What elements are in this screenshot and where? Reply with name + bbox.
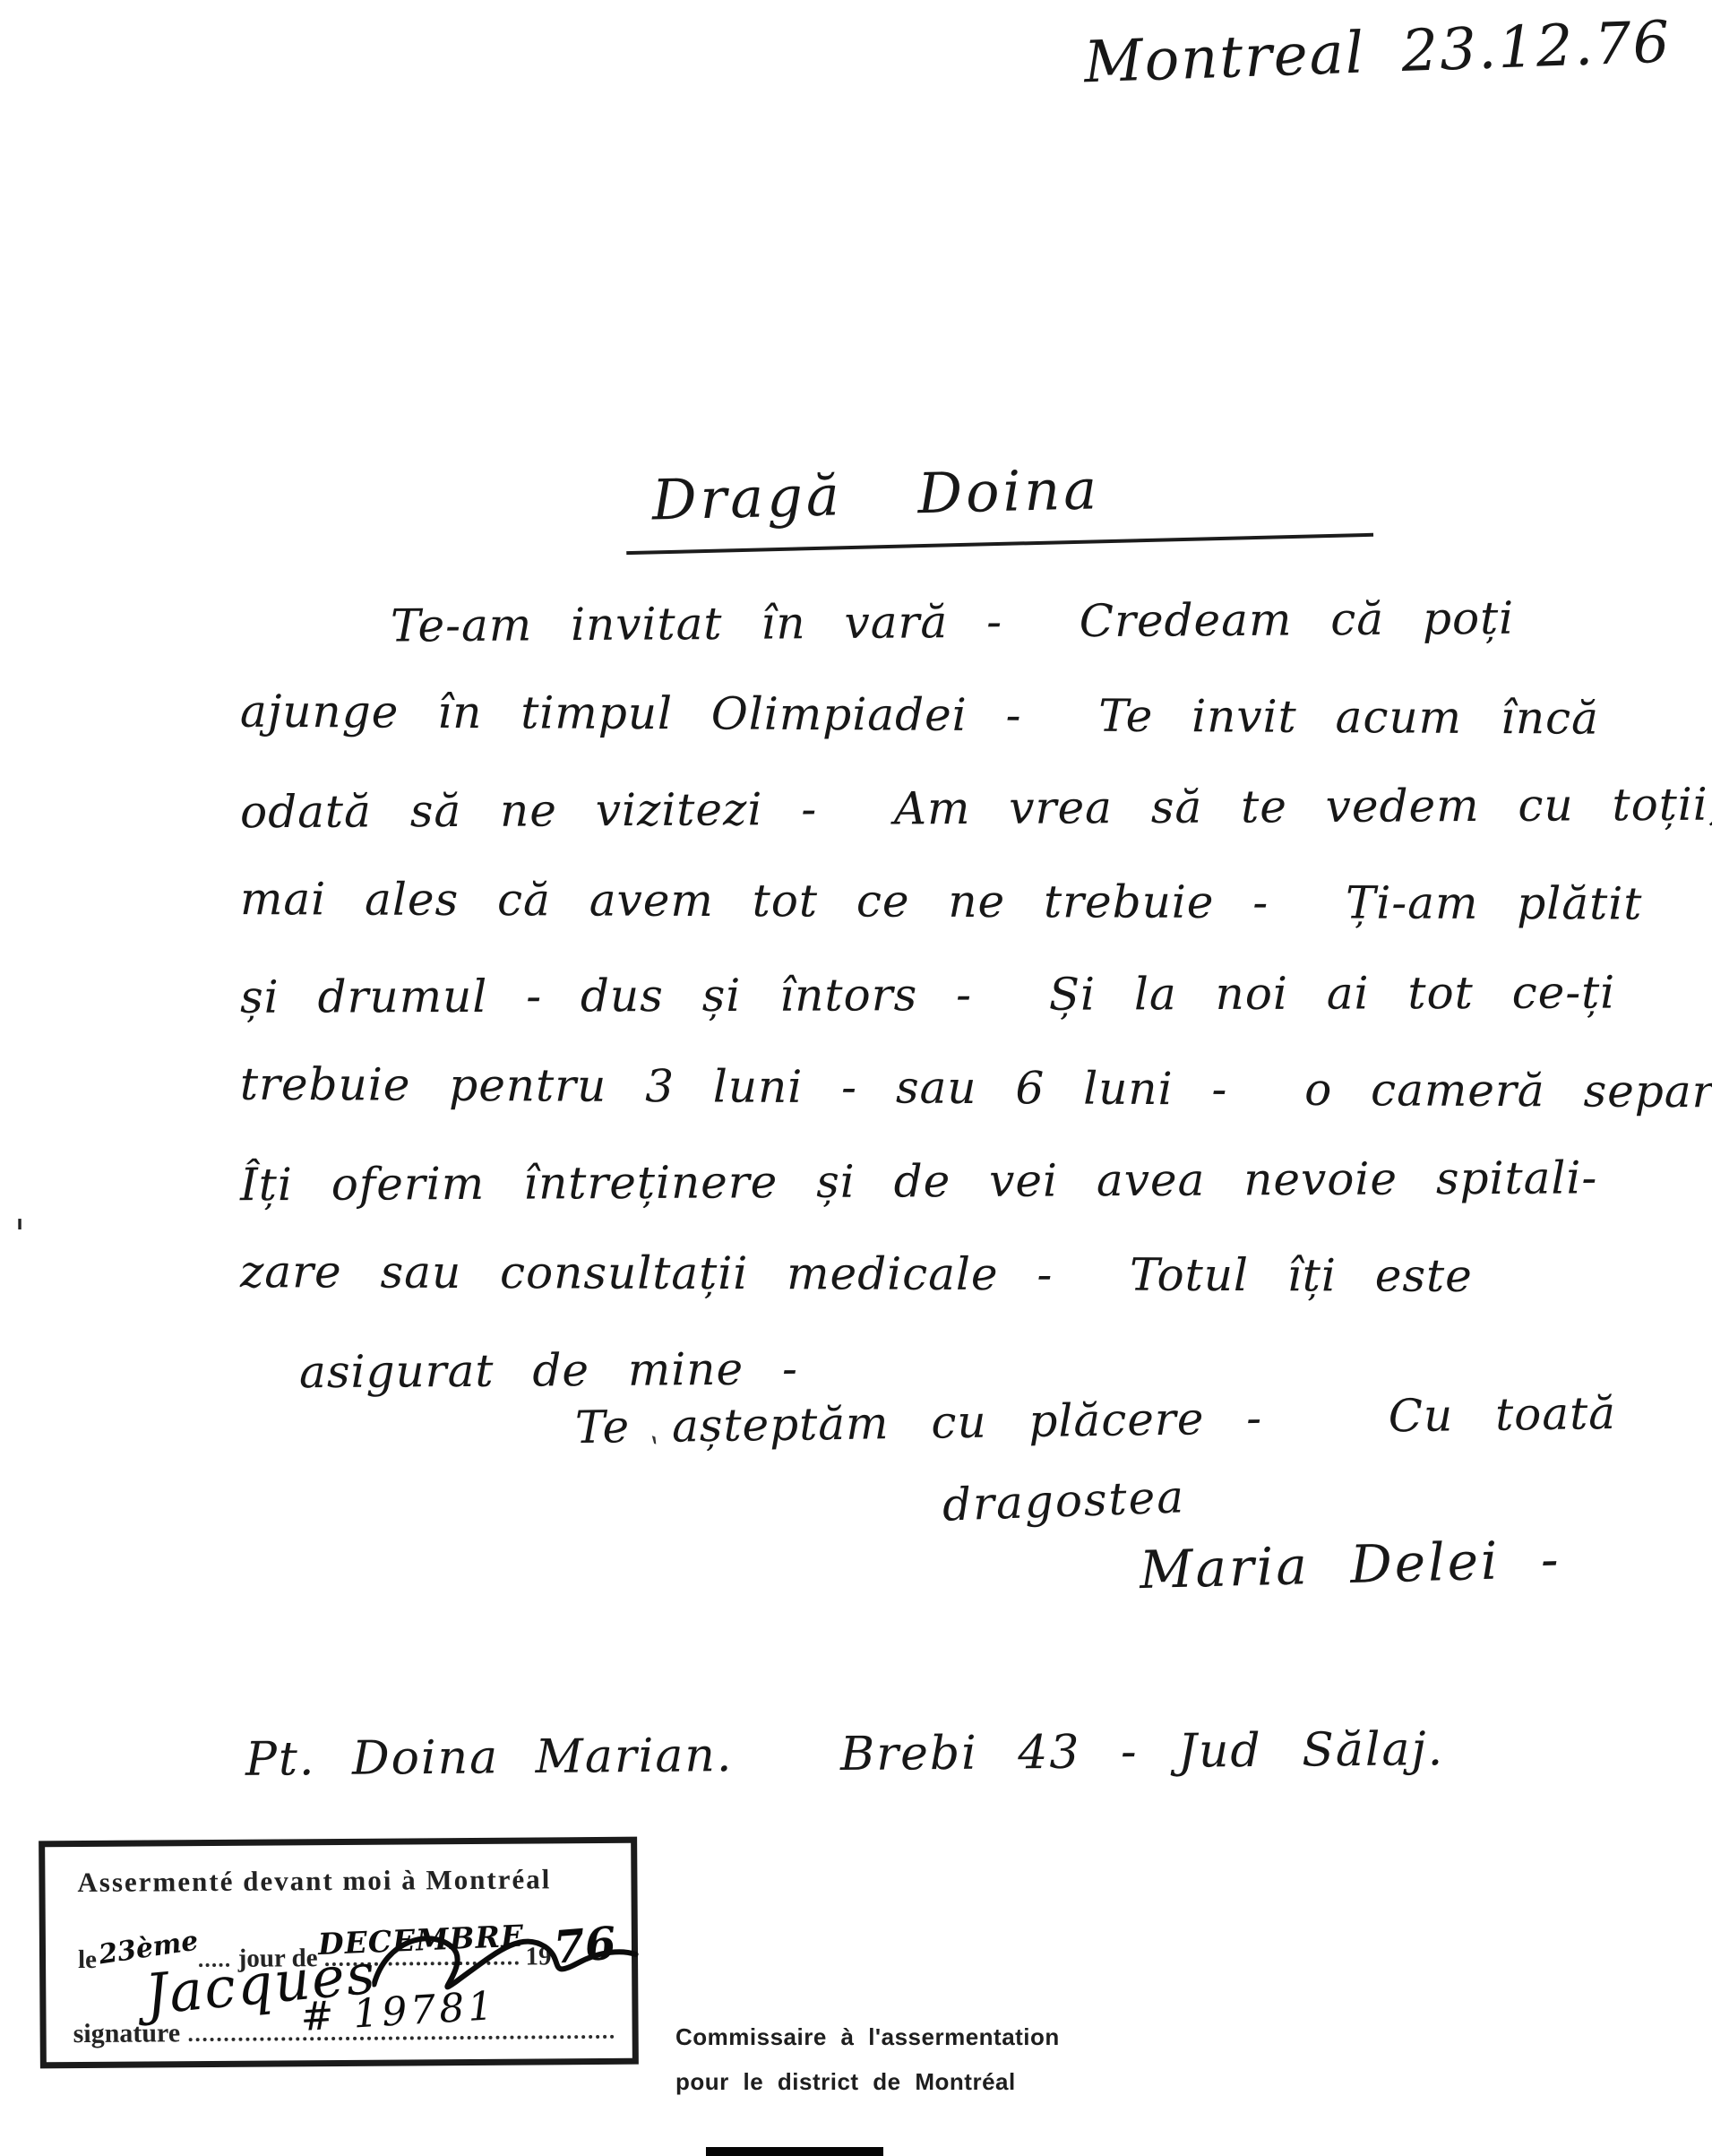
stamp-le-label: le [78, 1945, 97, 1975]
sender-signature: Maria Delei - [1139, 1529, 1561, 1600]
body-line: mai ales că avem tot ce ne trebuie - Ți-… [240, 852, 1709, 951]
salutation: Dragă Doina [624, 456, 1101, 533]
body-line: ajunge în timpul Olimpiadei - Te invit a… [240, 665, 1710, 766]
stamp-signature-label: signature [73, 2018, 181, 2049]
address-line: Pt. Doina Marian. Brebi 43 - Jud Sălaj. [245, 1722, 1445, 1787]
commissioner-line2: pour le district de Montréal [675, 2059, 1060, 2104]
notary-stamp-box: Assermenté devant moi à Montréal le 23èm… [39, 1837, 639, 2069]
date-line: Montreal 23.12.76 [1083, 10, 1673, 97]
recipient-location: Brebi 43 - Jud Sălaj. [840, 1722, 1445, 1781]
salutation-underline: Dragă Doina [624, 450, 1373, 555]
body-line: zare sau consultații medicale - Totul îț… [240, 1225, 1709, 1324]
body-line: trebuie pentru 3 luni - sau 6 luni - o c… [240, 1038, 1710, 1139]
commissioner-stamp-text: Commissaire à l'assermentation pour le d… [675, 2014, 1060, 2104]
body-line: Te-am invitat în vară - Credeam că poți [240, 570, 1710, 673]
body-line: Îți oferim întreținere și de vei avea ne… [240, 1131, 1710, 1232]
scan-speck: ' [14, 1212, 25, 1257]
stamp-heading: Assermenté devant moi à Montréal [77, 1863, 631, 1899]
closing-word: dragostea [942, 1470, 1186, 1531]
letter-body: Te-am invitat în vară - Credeam că poți … [240, 575, 1709, 1414]
scan-artifact-bar [706, 2147, 883, 2156]
commissioner-line1: Commissaire à l'assermentation [675, 2014, 1060, 2059]
stamp-signature-row: signature [73, 2015, 615, 2049]
recipient-name: Pt. Doina Marian. [245, 1728, 840, 1787]
body-line: și drumul - dus și întors - Și la noi ai… [240, 945, 1709, 1044]
dotted-blank [189, 2035, 615, 2041]
body-line: odată să ne vizitezi - Am vrea să te ved… [240, 758, 1710, 859]
scanned-letter-page: Montreal 23.12.76 Dragă Doina Te-am invi… [0, 0, 1712, 2156]
